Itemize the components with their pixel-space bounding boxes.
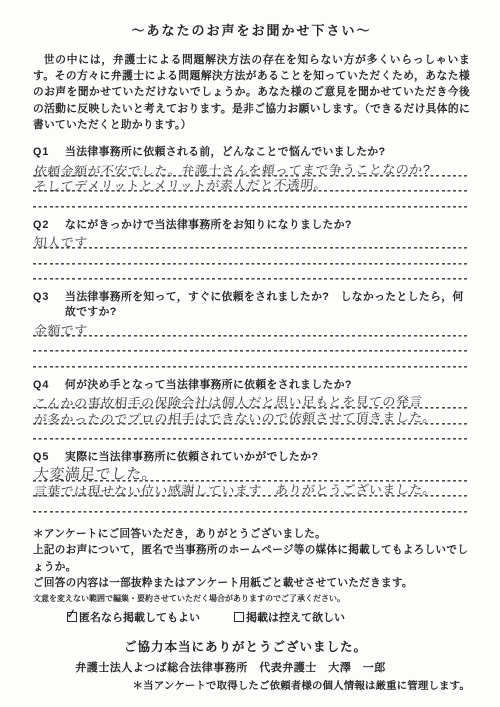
answer-line — [33, 337, 470, 353]
question-block-q3: Q3 当法律事務所を知って，すぐに依頼をされましたか? しなかったとしたら，何故… — [33, 289, 470, 368]
answer-line: が多かったのでプロの相手はできないので依頼させて頂きました。 — [33, 409, 470, 425]
answer-line — [33, 192, 470, 208]
check-mark-icon: ✓ — [65, 605, 78, 622]
question-label: Q1 — [33, 146, 65, 158]
ack-note: ＊アンケートにご回答いただき，ありがとうございました。 — [33, 526, 470, 543]
question-head: Q3 当法律事務所を知って，すぐに依頼をされましたか? しなかったとしたら，何故… — [33, 289, 470, 319]
question-text: 実際に当法律事務所に依頼されていかがでしたか? — [65, 449, 318, 464]
page-title: 〜あなたのお声をお聞かせ下さい〜 — [33, 20, 470, 39]
excerpt-note: ご回答の内容は一部抜粋またはアンケート用紙ごと載せさせていただきます。 — [33, 575, 470, 592]
question-text: 何が決め手となって当法律事務所に依頼をされましたか? — [65, 377, 352, 392]
publish-question: 上記のお声について，匿名で当事務所のホームページ等の媒体に掲載してもよろしいでし… — [33, 542, 470, 575]
scanned-questionnaire-page: 〜あなたのお声をお聞かせ下さい〜 世の中には，弁護士による問題解決方法の存在を知… — [0, 0, 500, 707]
consent-option-anonymous-ok: ✓ 匿名なら掲載してもよい — [67, 609, 200, 625]
consent-options: ✓ 匿名なら掲載してもよい 掲載は控えて欲しい — [67, 609, 470, 625]
answer-line — [33, 425, 470, 441]
question-text: なにがきっかけで当法律事務所をお知りになりましたか? — [65, 217, 352, 232]
answer-line — [33, 265, 470, 281]
answer-line: 知人です — [33, 234, 470, 250]
answer-line — [33, 352, 470, 368]
consent-option-decline: 掲載は控えて欲しい — [234, 609, 345, 625]
question-label: Q5 — [33, 451, 65, 463]
answer-line: そしてデメリットとメリットが素人だと不透明。 — [33, 177, 470, 193]
question-label: Q3 — [33, 291, 65, 303]
question-block-q5: Q5 実際に当法律事務所に依頼されていかがでしたか? 大変満足でした。 言葉では… — [33, 449, 470, 513]
answer-line: 金額です — [33, 321, 470, 337]
question-text: 当法律事務所に依頼される前，どんなことで悩んでいましたか? — [65, 144, 386, 159]
consent-option-label: 掲載は控えて欲しい — [246, 609, 345, 625]
question-head: Q2 なにがきっかけで当法律事務所をお知りになりましたか? — [33, 217, 470, 232]
question-block-q4: Q4 何が決め手となって当法律事務所に依頼をされましたか? こんかの事故相手の保… — [33, 377, 470, 441]
intro-paragraph: 世の中には，弁護士による問題解決方法の存在を知らない方が多くいらっしゃいます。そ… — [33, 52, 470, 133]
question-block-q2: Q2 なにがきっかけで当法律事務所をお知りになりましたか? 知人です — [33, 217, 470, 281]
checkbox-checked-icon: ✓ — [67, 612, 77, 622]
question-text: 当法律事務所を知って，すぐに依頼をされましたか? しなかったとしたら，何故ですか… — [65, 289, 470, 319]
checkbox-unchecked-icon — [234, 612, 244, 622]
privacy-note: ＊当アンケートで取得したご依頼者様の個人情報は厳重に管理します。 — [33, 677, 470, 692]
answer-line — [33, 249, 470, 265]
edit-note: 文意を変えない範囲で編集・要約させていただく場合がありますのでご了承ください。 — [33, 593, 470, 605]
question-head: Q4 何が決め手となって当法律事務所に依頼をされましたか? — [33, 377, 470, 392]
question-block-q1: Q1 当法律事務所に依頼される前，どんなことで悩んでいましたか? 依頼金額が不安… — [33, 144, 470, 208]
answer-line: 言葉では現せない位い感謝しています ありがとうございました。 — [33, 482, 470, 498]
thanks-heading: ご協力本当にありがとうございました。 — [33, 637, 470, 655]
question-head: Q1 当法律事務所に依頼される前，どんなことで悩んでいましたか? — [33, 144, 470, 159]
question-label: Q4 — [33, 379, 65, 391]
footer: ＊アンケートにご回答いただき，ありがとうございました。 上記のお声について，匿名… — [33, 526, 470, 692]
question-label: Q2 — [33, 219, 65, 231]
consent-option-label: 匿名なら掲載してもよい — [79, 609, 200, 625]
law-office-signature: 弁護士法人よつば総合法律事務所 代表弁護士 大澤 一郎 — [33, 659, 470, 675]
answer-line — [33, 497, 470, 513]
question-head: Q5 実際に当法律事務所に依頼されていかがでしたか? — [33, 449, 470, 464]
